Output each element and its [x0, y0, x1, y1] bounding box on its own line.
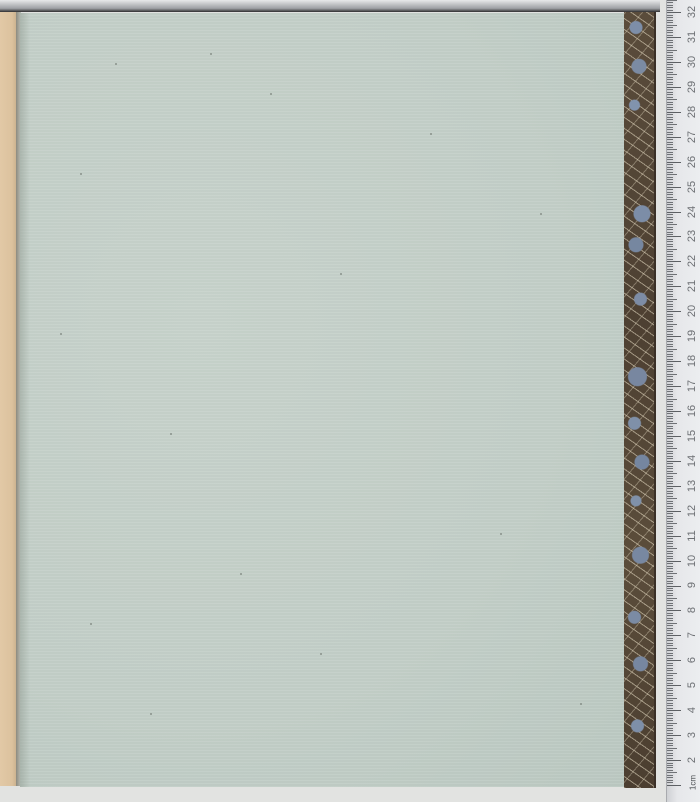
ruler-tick: [667, 114, 673, 115]
ruler-tick: [667, 603, 673, 604]
ruler-tick: [667, 386, 681, 387]
ruler-tick: [667, 655, 673, 656]
ruler-label: 7: [685, 626, 699, 644]
ruler-tick: [667, 10, 673, 11]
ruler-tick: [667, 326, 673, 327]
ruler-tick: [667, 566, 673, 567]
ruler-tick: [667, 673, 677, 674]
ruler-tick: [667, 276, 673, 277]
ruler-tick: [667, 576, 673, 577]
ruler-label: 25: [685, 178, 699, 196]
ruler-tick: [667, 553, 673, 554]
ruler-tick: [667, 668, 673, 669]
ruler-tick: [667, 64, 673, 65]
ruler-tick: [667, 192, 673, 193]
ruler-tick: [667, 202, 673, 203]
ruler-tick: [667, 197, 673, 198]
ruler-label: 22: [685, 252, 699, 270]
ruler-tick: [667, 379, 673, 380]
ruler-tick: [667, 7, 673, 8]
ruler-tick: [667, 164, 673, 165]
ruler-tick: [667, 391, 673, 392]
ruler-tick: [667, 304, 673, 305]
ruler-tick: [667, 306, 673, 307]
ruler-tick: [667, 418, 673, 419]
ruler-tick: [667, 364, 673, 365]
ruler-tick: [667, 513, 673, 514]
ruler-tick: [667, 431, 673, 432]
ruler-tick: [667, 289, 673, 290]
ruler-tick: [667, 341, 673, 342]
ruler-label: 28: [685, 103, 699, 121]
ruler-tick: [667, 551, 673, 552]
ruler-tick: [667, 324, 677, 325]
ruler-tick: [667, 503, 673, 504]
ruler-tick: [667, 124, 677, 125]
ruler-tick: [667, 588, 673, 589]
ruler-tick: [667, 453, 673, 454]
ruler-tick: [667, 743, 673, 744]
ruler-tick: [667, 411, 681, 412]
ruler-tick: [667, 541, 673, 542]
ruler-tick: [667, 698, 677, 699]
ruler-label: 20: [685, 302, 699, 320]
ruler-tick: [667, 448, 677, 449]
paper-speck: [540, 213, 542, 215]
ruler-tick: [667, 381, 673, 382]
ruler-tick: [667, 187, 681, 188]
paper-speck: [340, 273, 342, 275]
paper-speck: [430, 133, 432, 135]
ruler-tick: [667, 97, 673, 98]
ruler-tick: [667, 35, 673, 36]
ruler-tick: [667, 401, 673, 402]
ruler-tick: [667, 478, 673, 479]
ruler-tick: [667, 2, 673, 3]
ruler-tick: [667, 491, 673, 492]
ruler-tick: [667, 471, 673, 472]
ruler-tick: [667, 496, 673, 497]
ruler-label: 4: [685, 701, 699, 719]
ruler-tick: [667, 179, 673, 180]
ruler-label: 12: [685, 502, 699, 520]
ruler-tick: [667, 266, 673, 267]
ruler-label: 18: [685, 352, 699, 370]
ruler-tick: [667, 648, 677, 649]
ruler-tick: [667, 189, 673, 190]
ruler-tick: [667, 152, 673, 153]
ruler-tick: [667, 20, 673, 21]
ruler-tick: [667, 309, 673, 310]
ruler-tick: [667, 488, 673, 489]
ruler-label: 21: [685, 277, 699, 295]
ruler-tick: [667, 466, 673, 467]
ruler-tick: [667, 249, 677, 250]
ruler-tick: [667, 5, 673, 6]
ruler-tick: [667, 107, 673, 108]
ruler-tick: [667, 772, 677, 773]
ruler-tick: [667, 50, 677, 51]
ruler-tick: [667, 334, 673, 335]
ruler-tick: [667, 84, 673, 85]
ruler-tick: [667, 316, 673, 317]
ruler-tick: [667, 112, 681, 113]
ruler-tick: [667, 349, 677, 350]
ruler-tick: [667, 27, 673, 28]
ruler-label: 6: [685, 651, 699, 669]
ruler-tick: [667, 660, 681, 661]
ruler-tick: [667, 399, 677, 400]
ruler-tick: [667, 777, 673, 778]
ruler-tick: [667, 733, 673, 734]
ruler-tick: [667, 508, 673, 509]
ruler-tick: [667, 650, 673, 651]
ruler-tick: [667, 174, 677, 175]
ruler-tick: [667, 543, 673, 544]
ruler-tick: [667, 526, 673, 527]
ruler-tick: [667, 653, 673, 654]
ruler-tick: [667, 369, 673, 370]
paper-speck: [90, 623, 92, 625]
ruler-label: 16: [685, 402, 699, 420]
ruler-tick: [667, 605, 673, 606]
ruler-tick: [667, 40, 673, 41]
ruler-tick: [667, 207, 673, 208]
ruler-tick: [667, 593, 673, 594]
ruler-label: 19: [685, 327, 699, 345]
ruler-tick: [667, 590, 673, 591]
ruler-tick: [667, 47, 673, 48]
ruler-tick: [667, 523, 677, 524]
paper-speck: [500, 533, 502, 535]
ruler-tick: [667, 404, 673, 405]
ruler-tick: [667, 613, 673, 614]
ruler-tick: [667, 600, 673, 601]
ruler-tick: [667, 546, 673, 547]
ruler-tick: [667, 708, 673, 709]
ruler-tick: [667, 498, 677, 499]
ruler-tick: [667, 598, 677, 599]
ruler-label: 13: [685, 477, 699, 495]
page-gutter-shadow: [20, 13, 30, 787]
ruler-tick: [667, 329, 673, 330]
ruler-tick: [667, 109, 673, 110]
ruler-tick: [667, 199, 677, 200]
ruler-tick: [667, 538, 673, 539]
ruler-tick: [667, 311, 681, 312]
ruler-tick: [667, 57, 673, 58]
ruler-tick: [667, 72, 673, 73]
ruler-tick: [667, 319, 673, 320]
ruler-tick: [667, 104, 673, 105]
ruler-tick: [667, 371, 673, 372]
blank-page: [20, 13, 626, 787]
ruler-tick: [667, 770, 673, 771]
ruler-tick: [667, 241, 673, 242]
ruler-tick: [667, 0, 677, 1]
ruler-tick: [667, 700, 673, 701]
ruler-tick: [667, 785, 681, 786]
ruler-tick: [667, 271, 673, 272]
ruler-tick: [667, 232, 673, 233]
ruler-tick: [667, 384, 673, 385]
ruler-tick: [667, 296, 673, 297]
ruler-tick: [667, 117, 673, 118]
ruler-label: 30: [685, 53, 699, 71]
paper-speck: [170, 433, 172, 435]
ruler-tick: [667, 441, 673, 442]
ruler-tick: [667, 89, 673, 90]
ruler-tick: [667, 643, 673, 644]
ruler-tick: [667, 586, 681, 587]
ruler-tick: [667, 678, 673, 679]
ruler-tick: [667, 446, 673, 447]
ruler-tick: [667, 531, 673, 532]
ruler-tick: [667, 443, 673, 444]
ruler-tick: [667, 458, 673, 459]
ruler-tick: [667, 254, 673, 255]
ruler-tick: [667, 12, 681, 13]
ruler-tick: [667, 79, 673, 80]
ruler-tick: [667, 645, 673, 646]
ruler-tick: [667, 705, 673, 706]
ruler-tick: [667, 767, 673, 768]
ruler-tick: [667, 159, 673, 160]
ruler-tick: [667, 563, 673, 564]
ruler-tick: [667, 581, 673, 582]
ruler-tick: [667, 782, 673, 783]
ruler-tick: [667, 52, 673, 53]
ruler-tick: [667, 286, 681, 287]
ruler-tick: [667, 438, 673, 439]
ruler-tick: [667, 356, 673, 357]
paper-speck: [60, 333, 62, 335]
ruler-label: 11: [685, 527, 699, 545]
ruler-tick: [667, 725, 673, 726]
ruler-tick: [667, 728, 673, 729]
ruler-tick: [667, 573, 677, 574]
ruler-tick: [667, 663, 673, 664]
ruler-tick: [667, 758, 673, 759]
ruler-tick: [667, 30, 673, 31]
ruler-tick: [667, 274, 677, 275]
ruler-tick: [667, 224, 677, 225]
ruler-tick: [667, 261, 681, 262]
ruler-tick: [667, 129, 673, 130]
ruler-tick: [667, 22, 673, 23]
ruler-tick: [667, 675, 673, 676]
ruler-tick: [667, 244, 673, 245]
ruler-label: 5: [685, 676, 699, 694]
ruler-tick: [667, 521, 673, 522]
ruler-tick: [667, 132, 673, 133]
ruler-label: 8: [685, 601, 699, 619]
ruler-tick: [667, 204, 673, 205]
ruler-label: 9: [685, 576, 699, 594]
ruler-tick: [667, 506, 673, 507]
ruler-tick: [667, 753, 673, 754]
ruler-tick: [667, 314, 673, 315]
ruler-label: 32: [685, 3, 699, 21]
ruler-tick: [667, 473, 677, 474]
ruler-tick: [667, 760, 681, 761]
ruler-tick: [667, 251, 673, 252]
ruler-tick: [667, 17, 673, 18]
ruler-tick: [667, 87, 681, 88]
ruler-tick: [667, 561, 681, 562]
ruler-tick: [667, 45, 673, 46]
ruler-tick: [667, 710, 681, 711]
ruler-tick: [667, 501, 673, 502]
ruler-label: 14: [685, 452, 699, 470]
ruler-tick: [667, 718, 673, 719]
ruler-tick: [667, 775, 673, 776]
ruler-tick: [667, 483, 673, 484]
ruler-tick: [667, 433, 673, 434]
ruler-tick: [667, 157, 673, 158]
ruler-tick: [667, 346, 673, 347]
ruler-tick: [667, 284, 673, 285]
ruler-tick: [667, 354, 673, 355]
ruler-tick: [667, 259, 673, 260]
ruler-tick: [667, 723, 677, 724]
ruler-tick: [667, 423, 677, 424]
ruler-tick: [667, 122, 673, 123]
ruler-tick: [667, 25, 677, 26]
ruler-tick: [667, 119, 673, 120]
ruler-tick: [667, 623, 677, 624]
ruler-tick: [667, 389, 673, 390]
ruler-tick: [667, 67, 673, 68]
ruler-tick: [667, 239, 673, 240]
ruler-tick: [667, 583, 673, 584]
ruler-tick: [667, 610, 681, 611]
ruler-tick: [667, 137, 681, 138]
ruler-tick: [667, 177, 673, 178]
ruler-tick: [667, 571, 673, 572]
ruler-tick: [667, 556, 673, 557]
ruler-tick: [667, 299, 677, 300]
ruler-tick: [667, 735, 681, 736]
ruler-tick: [667, 703, 673, 704]
paper-speck: [240, 573, 242, 575]
ruler-tick: [667, 658, 673, 659]
ruler-tick: [667, 750, 673, 751]
ruler-tick: [667, 595, 673, 596]
centimeter-ruler: 1cm 234567891011121314151617181920212223…: [666, 0, 700, 802]
ruler-tick: [667, 92, 673, 93]
ruler-tick: [667, 568, 673, 569]
ruler-tick: [667, 693, 673, 694]
ruler-tick: [667, 256, 673, 257]
ruler-tick: [667, 269, 673, 270]
ruler-tick: [667, 748, 677, 749]
ruler-tick: [667, 628, 673, 629]
ruler-tick: [667, 94, 673, 95]
ruler-tick: [667, 139, 673, 140]
ruler-tick: [667, 461, 681, 462]
ruler-tick: [667, 229, 673, 230]
ruler-tick: [667, 633, 673, 634]
ruler-tick: [667, 481, 673, 482]
ruler-tick: [667, 615, 673, 616]
ruler-tick: [667, 640, 673, 641]
paper-speck: [210, 53, 212, 55]
ruler-tick: [667, 780, 673, 781]
ruler-tick: [667, 291, 673, 292]
paper-speck: [320, 653, 322, 655]
ruler-tick: [667, 167, 673, 168]
ruler-tick: [667, 516, 673, 517]
ruler-tick: [667, 740, 673, 741]
ruler-tick: [667, 745, 673, 746]
ruler-tick: [667, 182, 673, 183]
ruler-tick: [667, 32, 673, 33]
ruler-tick: [667, 279, 673, 280]
ruler-tick: [667, 456, 673, 457]
ruler-tick: [667, 344, 673, 345]
ruler-label: 3: [685, 726, 699, 744]
ruler-tick: [667, 149, 677, 150]
ruler-label: 17: [685, 377, 699, 395]
facing-page-edge: [0, 12, 17, 786]
ruler-tick: [667, 695, 673, 696]
ruler-tick: [667, 426, 673, 427]
ruler-tick: [667, 374, 677, 375]
ruler-tick: [667, 59, 673, 60]
ruler-label: 2: [685, 751, 699, 769]
ruler-tick: [667, 147, 673, 148]
ruler-tick: [667, 169, 673, 170]
ruler-tick: [667, 134, 673, 135]
ruler-tick: [667, 339, 673, 340]
ruler-tick: [667, 99, 677, 100]
ruler-tick: [667, 763, 673, 764]
ruler-label: 29: [685, 78, 699, 96]
ruler-tick: [667, 578, 673, 579]
ruler-tick: [667, 331, 673, 332]
ruler-tick: [667, 730, 673, 731]
ruler-tick: [667, 74, 677, 75]
ruler-tick: [667, 77, 673, 78]
ruler-tick: [667, 463, 673, 464]
ruler-tick: [667, 413, 673, 414]
ruler-tick: [667, 227, 673, 228]
ruler-tick: [667, 690, 673, 691]
marbled-fore-edge: [624, 12, 656, 788]
ruler-tick: [667, 738, 673, 739]
ruler-tick: [667, 209, 673, 210]
ruler-label: 10: [685, 552, 699, 570]
ruler-tick: [667, 533, 673, 534]
ruler-tick: [667, 394, 673, 395]
ruler-tick: [667, 361, 681, 362]
ruler-tick: [667, 264, 673, 265]
ruler-unit-label: 1cm: [689, 774, 698, 792]
ruler-tick: [667, 102, 673, 103]
ruler-tick: [667, 62, 681, 63]
ruler-tick: [667, 476, 673, 477]
paper-speck: [270, 93, 272, 95]
ruler-tick: [667, 321, 673, 322]
ruler-tick: [667, 765, 673, 766]
ruler-tick: [667, 154, 673, 155]
ruler-tick: [667, 409, 673, 410]
ruler-tick: [667, 336, 681, 337]
ruler-tick: [667, 670, 673, 671]
ruler-tick: [667, 376, 673, 377]
ruler-label: 27: [685, 128, 699, 146]
